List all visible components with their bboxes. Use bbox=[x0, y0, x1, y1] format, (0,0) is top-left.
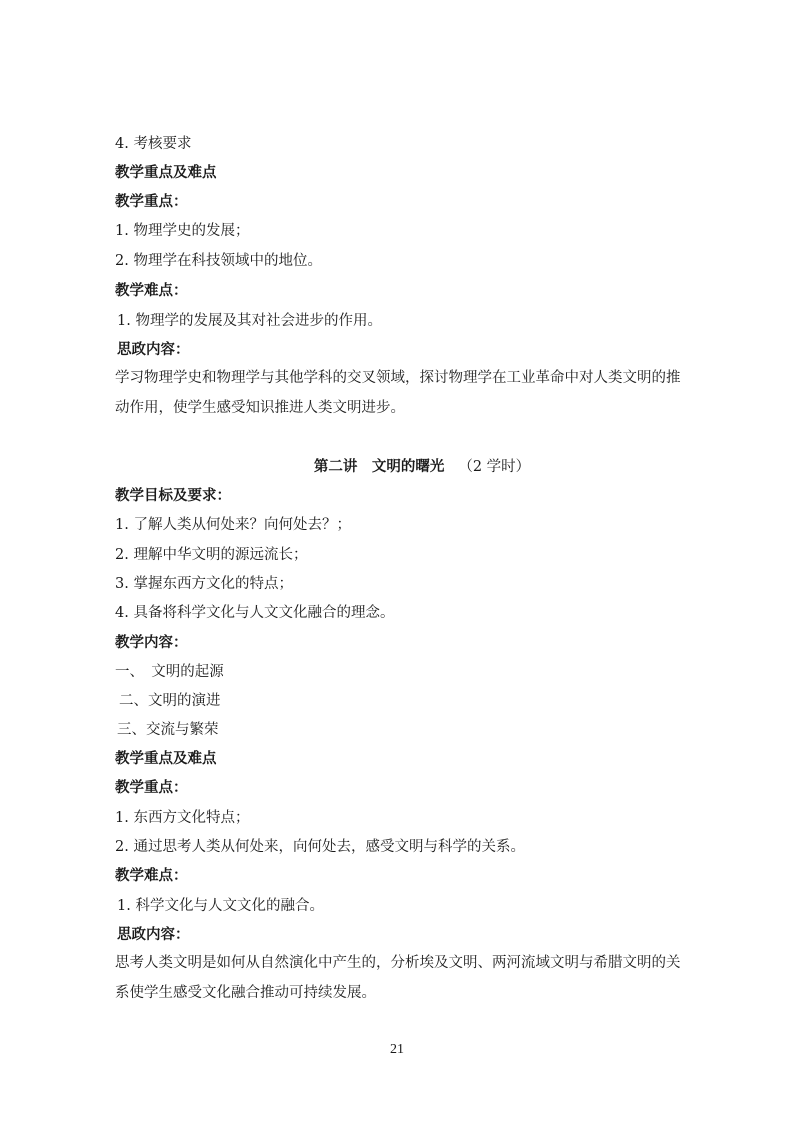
key-points-label: 教学重点： bbox=[115, 778, 188, 798]
goal-item: 2. 理解中华文明的源远流长； bbox=[115, 545, 307, 565]
document-page: 4. 考核要求 教学重点及难点 教学重点： 1. 物理学史的发展； 2. 物理学… bbox=[0, 0, 794, 1123]
key-difficult-heading: 教学重点及难点 bbox=[115, 163, 217, 183]
key-point-item: 2. 物理学在科技领域中的地位。 bbox=[115, 251, 322, 271]
key-point-item: 2. 通过思考人类从何处来，向何处去，感受文明与科学的关系。 bbox=[115, 837, 525, 857]
content-item: 三、交流与繁荣 bbox=[117, 720, 219, 740]
key-points-label: 教学重点： bbox=[115, 192, 188, 212]
lecture-title: 第二讲 文明的曙光 bbox=[314, 459, 445, 475]
ideology-text: 思考人类文明是如何从自然演化中产生的，分析埃及文明、两河流域文明与希腊文明的关系… bbox=[115, 949, 685, 1008]
lecture-hours: （2 学时） bbox=[458, 459, 530, 475]
goals-label: 教学目标及要求： bbox=[115, 486, 231, 506]
difficult-point-item: 1. 物理学的发展及其对社会进步的作用。 bbox=[117, 311, 382, 331]
difficult-points-label: 教学难点： bbox=[115, 281, 188, 301]
difficult-points-label: 教学难点： bbox=[115, 866, 188, 886]
ideology-label: 思政内容： bbox=[117, 340, 190, 360]
goal-item: 1. 了解人类从何处来？向何处去？； bbox=[115, 515, 351, 535]
ideology-text: 学习物理学史和物理学与其他学科的交叉领域，探讨物理学在工业革命中对人类文明的推动… bbox=[115, 364, 685, 423]
lecture-title-line: 第二讲 文明的曙光（2 学时） bbox=[0, 457, 794, 477]
content-item: 二、文明的演进 bbox=[119, 691, 221, 711]
key-difficult-heading: 教学重点及难点 bbox=[115, 749, 217, 769]
key-point-item: 1. 东西方文化特点； bbox=[115, 808, 249, 828]
assessment-item: 4. 考核要求 bbox=[115, 134, 191, 154]
ideology-label: 思政内容： bbox=[117, 925, 190, 945]
goal-item: 3. 掌握东西方文化的特点； bbox=[115, 574, 293, 594]
goal-item: 4. 具备将科学文化与人文文化融合的理念。 bbox=[115, 603, 394, 623]
content-item: 一、 文明的起源 bbox=[115, 662, 224, 682]
page-number: 21 bbox=[0, 1042, 794, 1058]
content-label: 教学内容： bbox=[115, 633, 188, 653]
difficult-point-item: 1. 科学文化与人文文化的融合。 bbox=[117, 896, 324, 916]
key-point-item: 1. 物理学史的发展； bbox=[115, 221, 249, 241]
